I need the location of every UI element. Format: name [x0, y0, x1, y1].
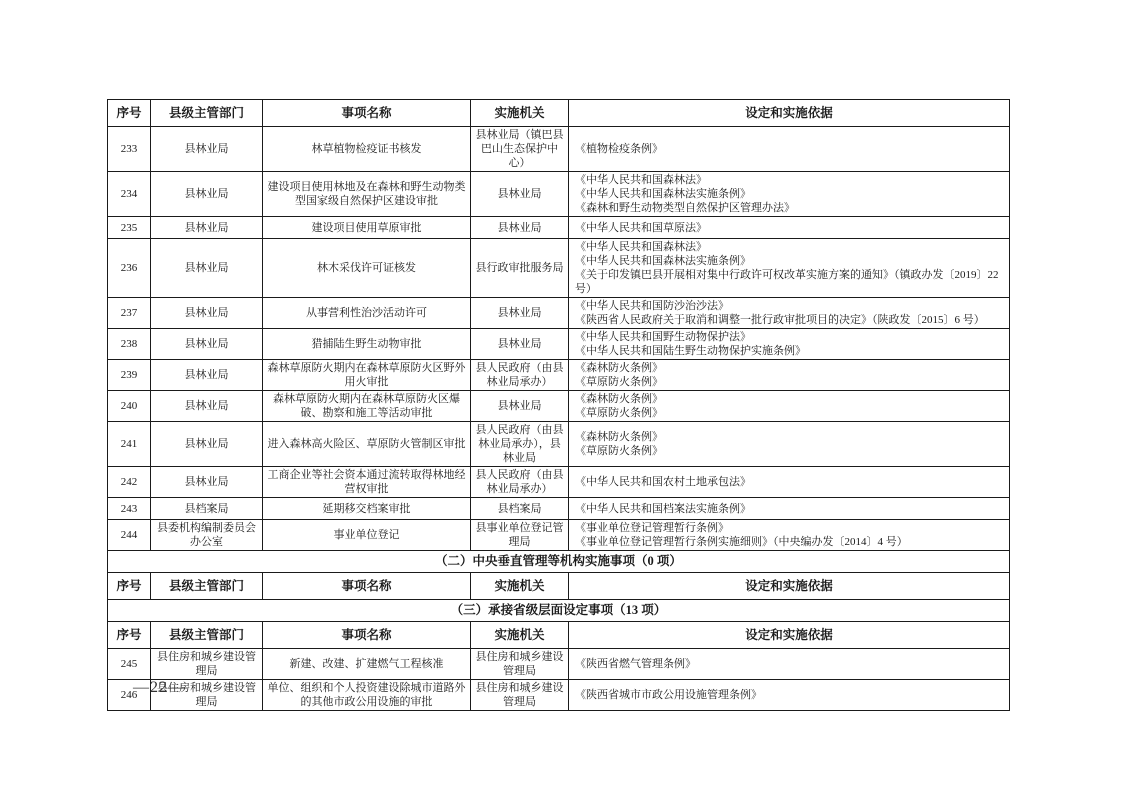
table-row: 239县林业局森林草原防火期内在森林草原防火区野外用火审批县人民政府（由县林业局… [108, 360, 1010, 391]
section-title-central-vertical: （二）中央垂直管理等机构实施事项（0 项） [108, 551, 1010, 573]
cell-item-name: 事业单位登记 [263, 520, 471, 551]
cell-serial-number: 241 [108, 422, 151, 467]
administrative-items-table: 序号县级主管部门事项名称实施机关设定和实施依据 233县林业局林草植物检疫证书核… [107, 99, 1010, 711]
section-title-provincial-delegated: （三）承接省级层面设定事项（13 项） [108, 600, 1010, 622]
basis-line: 《中华人民共和国森林法实施条例》 [575, 254, 1005, 268]
table-row: 233县林业局林草植物检疫证书核发县林业局（镇巴县巴山生态保护中心）《植物检疫条… [108, 127, 1010, 172]
cell-implementing-agency: 县人民政府（由县林业局承办） [471, 467, 569, 498]
column-header: 设定和实施依据 [569, 622, 1010, 649]
cell-item-name: 猎捕陆生野生动物审批 [263, 329, 471, 360]
cell-implementing-agency: 县林业局 [471, 217, 569, 239]
basis-line: 《陕西省燃气管理条例》 [575, 657, 1005, 671]
table-row: 236县林业局林木采伐许可证核发县行政审批服务局《中华人民共和国森林法》《中华人… [108, 239, 1010, 298]
cell-department: 县林业局 [151, 127, 263, 172]
basis-line: 《草原防火条例》 [575, 406, 1005, 420]
column-header: 序号 [108, 100, 151, 127]
column-header: 实施机关 [471, 573, 569, 600]
cell-legal-basis: 《森林防火条例》《草原防火条例》 [569, 360, 1010, 391]
table-row: 234县林业局建设项目使用林地及在森林和野生动物类型国家级自然保护区建设审批县林… [108, 172, 1010, 217]
basis-line: 《陕西省城市市政公用设施管理条例》 [575, 688, 1005, 702]
basis-line: 《中华人民共和国农村土地承包法》 [575, 475, 1005, 489]
cell-serial-number: 239 [108, 360, 151, 391]
basis-line: 《中华人民共和国森林法实施条例》 [575, 187, 1005, 201]
basis-line: 《森林防火条例》 [575, 361, 1005, 375]
column-header-row: 序号县级主管部门事项名称实施机关设定和实施依据 [108, 573, 1010, 600]
table-row: 240县林业局森林草原防火期内在森林草原防火区爆破、勘察和施工等活动审批县林业局… [108, 391, 1010, 422]
cell-legal-basis: 《陕西省燃气管理条例》 [569, 649, 1010, 680]
section-row: （三）承接省级层面设定事项（13 项） [108, 600, 1010, 622]
cell-legal-basis: 《植物检疫条例》 [569, 127, 1010, 172]
cell-department: 县林业局 [151, 329, 263, 360]
cell-item-name: 林草植物检疫证书核发 [263, 127, 471, 172]
basis-line: 《草原防火条例》 [575, 375, 1005, 389]
cell-implementing-agency: 县林业局（镇巴县巴山生态保护中心） [471, 127, 569, 172]
cell-department: 县委机构编制委员会办公室 [151, 520, 263, 551]
cell-implementing-agency: 县人民政府（由县林业局承办） [471, 360, 569, 391]
cell-item-name: 从事营利性治沙活动许可 [263, 298, 471, 329]
cell-implementing-agency: 县林业局 [471, 298, 569, 329]
cell-implementing-agency: 县林业局 [471, 391, 569, 422]
cell-item-name: 新建、改建、扩建燃气工程核准 [263, 649, 471, 680]
column-header-row: 序号县级主管部门事项名称实施机关设定和实施依据 [108, 622, 1010, 649]
column-header: 县级主管部门 [151, 573, 263, 600]
cell-serial-number: 244 [108, 520, 151, 551]
cell-department: 县林业局 [151, 422, 263, 467]
cell-legal-basis: 《陕西省城市市政公用设施管理条例》 [569, 680, 1010, 711]
cell-department: 县档案局 [151, 498, 263, 520]
cell-legal-basis: 《中华人民共和国森林法》《中华人民共和国森林法实施条例》《森林和野生动物类型自然… [569, 172, 1010, 217]
cell-department: 县林业局 [151, 298, 263, 329]
basis-line: 《植物检疫条例》 [575, 142, 1005, 156]
cell-department: 县林业局 [151, 360, 263, 391]
cell-serial-number: 233 [108, 127, 151, 172]
basis-line: 《森林防火条例》 [575, 392, 1005, 406]
cell-implementing-agency: 县档案局 [471, 498, 569, 520]
cell-department: 县住房和城乡建设管理局 [151, 649, 263, 680]
cell-department: 县林业局 [151, 239, 263, 298]
basis-line: 《事业单位登记管理暂行条例实施细则》（中央编办发〔2014〕4 号） [575, 535, 1005, 549]
cell-legal-basis: 《森林防火条例》《草原防火条例》 [569, 391, 1010, 422]
cell-implementing-agency: 县林业局 [471, 172, 569, 217]
basis-line: 《森林防火条例》 [575, 430, 1005, 444]
cell-item-name: 延期移交档案审批 [263, 498, 471, 520]
cell-item-name: 进入森林高火险区、草原防火管制区审批 [263, 422, 471, 467]
table-row: 235县林业局建设项目使用草原审批县林业局《中华人民共和国草原法》 [108, 217, 1010, 239]
cell-legal-basis: 《中华人民共和国草原法》 [569, 217, 1010, 239]
cell-serial-number: 237 [108, 298, 151, 329]
basis-line: 《中华人民共和国档案法实施条例》 [575, 502, 1005, 516]
cell-legal-basis: 《中华人民共和国防沙治沙法》《陕西省人民政府关于取消和调整一批行政审批项目的决定… [569, 298, 1010, 329]
table-row: 242县林业局工商企业等社会资本通过流转取得林地经营权审批县人民政府（由县林业局… [108, 467, 1010, 498]
basis-line: 《中华人民共和国野生动物保护法》 [575, 330, 1005, 344]
cell-legal-basis: 《中华人民共和国档案法实施条例》 [569, 498, 1010, 520]
basis-line: 《草原防火条例》 [575, 444, 1005, 458]
cell-item-name: 森林草原防火期内在森林草原防火区野外用火审批 [263, 360, 471, 391]
cell-implementing-agency: 县住房和城乡建设管理局 [471, 649, 569, 680]
basis-line: 《事业单位登记管理暂行条例》 [575, 521, 1005, 535]
column-header: 设定和实施依据 [569, 573, 1010, 600]
document-page: 序号县级主管部门事项名称实施机关设定和实施依据 233县林业局林草植物检疫证书核… [0, 0, 1122, 793]
cell-legal-basis: 《中华人民共和国野生动物保护法》《中华人民共和国陆生野生动物保护实施条例》 [569, 329, 1010, 360]
cell-item-name: 森林草原防火期内在森林草原防火区爆破、勘察和施工等活动审批 [263, 391, 471, 422]
cell-item-name: 工商企业等社会资本通过流转取得林地经营权审批 [263, 467, 471, 498]
basis-line: 《中华人民共和国森林法》 [575, 173, 1005, 187]
section-row: （二）中央垂直管理等机构实施事项（0 项） [108, 551, 1010, 573]
column-header: 事项名称 [263, 622, 471, 649]
column-header: 县级主管部门 [151, 622, 263, 649]
cell-serial-number: 245 [108, 649, 151, 680]
cell-legal-basis: 《森林防火条例》《草原防火条例》 [569, 422, 1010, 467]
cell-legal-basis: 《事业单位登记管理暂行条例》《事业单位登记管理暂行条例实施细则》（中央编办发〔2… [569, 520, 1010, 551]
basis-line: 《中华人民共和国草原法》 [575, 221, 1005, 235]
cell-serial-number: 234 [108, 172, 151, 217]
cell-serial-number: 235 [108, 217, 151, 239]
column-header: 事项名称 [263, 100, 471, 127]
table-row: 243县档案局延期移交档案审批县档案局《中华人民共和国档案法实施条例》 [108, 498, 1010, 520]
table-row: 245县住房和城乡建设管理局新建、改建、扩建燃气工程核准县住房和城乡建设管理局《… [108, 649, 1010, 680]
cell-implementing-agency: 县行政审批服务局 [471, 239, 569, 298]
cell-item-name: 建设项目使用林地及在森林和野生动物类型国家级自然保护区建设审批 [263, 172, 471, 217]
cell-department: 县林业局 [151, 391, 263, 422]
table-header: 序号县级主管部门事项名称实施机关设定和实施依据 [108, 100, 1010, 127]
table-mid-sections: （二）中央垂直管理等机构实施事项（0 项） 序号县级主管部门事项名称实施机关设定… [108, 551, 1010, 649]
cell-implementing-agency: 县住房和城乡建设管理局 [471, 680, 569, 711]
cell-serial-number: 242 [108, 467, 151, 498]
table-row: 238县林业局猎捕陆生野生动物审批县林业局《中华人民共和国野生动物保护法》《中华… [108, 329, 1010, 360]
cell-item-name: 林木采伐许可证核发 [263, 239, 471, 298]
column-header-row: 序号县级主管部门事项名称实施机关设定和实施依据 [108, 100, 1010, 127]
table-row: 244县委机构编制委员会办公室事业单位登记县事业单位登记管理局《事业单位登记管理… [108, 520, 1010, 551]
table-row: 246县住房和城乡建设管理局单位、组织和个人投资建设除城市道路外的其他市政公用设… [108, 680, 1010, 711]
table-row: 241县林业局进入森林高火险区、草原防火管制区审批县人民政府（由县林业局承办），… [108, 422, 1010, 467]
cell-legal-basis: 《中华人民共和国森林法》《中华人民共和国森林法实施条例》《关于印发镇巴县开展相对… [569, 239, 1010, 298]
cell-serial-number: 243 [108, 498, 151, 520]
basis-line: 《森林和野生动物类型自然保护区管理办法》 [575, 201, 1005, 215]
cell-legal-basis: 《中华人民共和国农村土地承包法》 [569, 467, 1010, 498]
cell-serial-number: 240 [108, 391, 151, 422]
cell-implementing-agency: 县林业局 [471, 329, 569, 360]
column-header: 设定和实施依据 [569, 100, 1010, 127]
cell-item-name: 建设项目使用草原审批 [263, 217, 471, 239]
column-header: 实施机关 [471, 100, 569, 127]
cell-implementing-agency: 县人民政府（由县林业局承办），县林业局 [471, 422, 569, 467]
column-header: 序号 [108, 622, 151, 649]
cell-department: 县林业局 [151, 467, 263, 498]
page-number: —22— [133, 679, 185, 697]
column-header: 事项名称 [263, 573, 471, 600]
cell-implementing-agency: 县事业单位登记管理局 [471, 520, 569, 551]
basis-line: 《陕西省人民政府关于取消和调整一批行政审批项目的决定》（陕政发〔2015〕6 号… [575, 313, 1005, 327]
table-row: 237县林业局从事营利性治沙活动许可县林业局《中华人民共和国防沙治沙法》《陕西省… [108, 298, 1010, 329]
column-header: 实施机关 [471, 622, 569, 649]
cell-serial-number: 238 [108, 329, 151, 360]
cell-serial-number: 236 [108, 239, 151, 298]
table-body-county-items: 233县林业局林草植物检疫证书核发县林业局（镇巴县巴山生态保护中心）《植物检疫条… [108, 127, 1010, 551]
column-header: 县级主管部门 [151, 100, 263, 127]
cell-item-name: 单位、组织和个人投资建设除城市道路外的其他市政公用设施的审批 [263, 680, 471, 711]
basis-line: 《关于印发镇巴县开展相对集中行政许可权改革实施方案的通知》（镇政办发〔2019〕… [575, 268, 1005, 296]
basis-line: 《中华人民共和国防沙治沙法》 [575, 299, 1005, 313]
table-body-provincial-items: 245县住房和城乡建设管理局新建、改建、扩建燃气工程核准县住房和城乡建设管理局《… [108, 649, 1010, 711]
cell-department: 县林业局 [151, 172, 263, 217]
column-header: 序号 [108, 573, 151, 600]
basis-line: 《中华人民共和国森林法》 [575, 240, 1005, 254]
cell-department: 县林业局 [151, 217, 263, 239]
basis-line: 《中华人民共和国陆生野生动物保护实施条例》 [575, 344, 1005, 358]
